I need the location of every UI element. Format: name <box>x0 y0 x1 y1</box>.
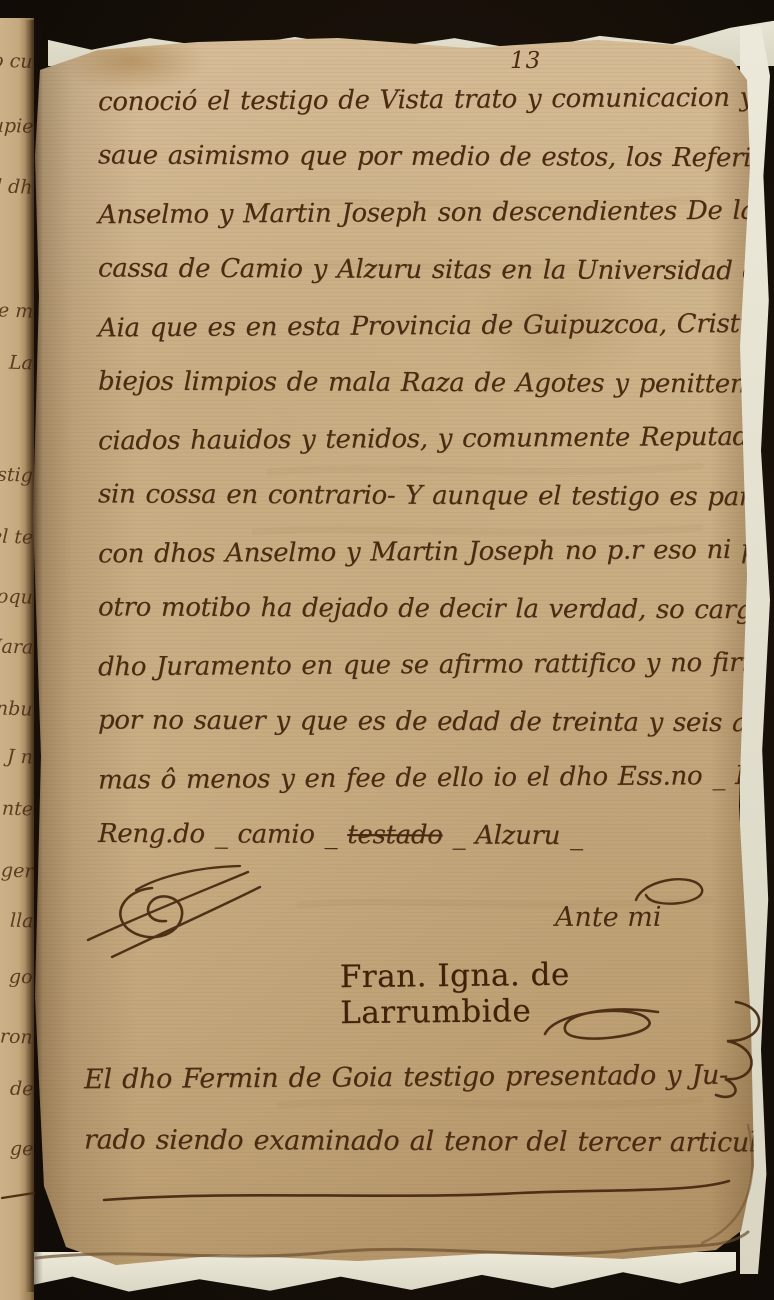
manuscript-line: Anselmo y Martin Joseph son descendiente… <box>98 196 756 231</box>
manuscript-line: cassa de Camio y Alzuru sitas en la Univ… <box>98 254 774 287</box>
manuscript-line: sin cossa en contrario- Y aunque el test… <box>98 479 774 512</box>
attestation-ante-mi: Ante mi <box>555 902 662 933</box>
manuscript-line: dho Juramento en que se afirmo rattifico… <box>98 648 774 683</box>
manuscript-line: Aia que es en esta Provincia de Guipuzco… <box>98 309 774 344</box>
closing-line: El dho Fermin de Goia testigo presentado… <box>84 1060 728 1095</box>
amendment-note-line: Reng.do _ camio _ testado _ Alzuru _ <box>98 819 583 851</box>
closing-line: rado siendo examinado al tenor del terce… <box>84 1124 773 1158</box>
folio-number: 13 <box>510 48 541 74</box>
manuscript-photo: ho cusupiel dhe mLaestigel teoquJaranbuJ… <box>0 0 774 1300</box>
amendment-text: _ Alzuru _ <box>443 820 583 851</box>
manuscript-line: saue asimismo que por medio de estos, lo… <box>98 140 774 173</box>
struck-word: testado <box>347 820 442 850</box>
paper-stain <box>56 30 206 92</box>
manuscript-line: mas ô menos y en fee de ello io el dho E… <box>98 760 774 795</box>
manuscript-line: biejos limpios de mala Raza de Agotes y … <box>98 367 755 400</box>
manuscript-line: por no sauer y que es de edad de treinta… <box>98 705 774 738</box>
manuscript-line: otro motibo ha dejado de decir la verdad… <box>98 592 774 625</box>
notary-signature: Fran. Igna. de Larrumbide <box>340 955 755 1031</box>
manuscript-line: conoció el testigo de Vista trato y comu… <box>98 83 754 118</box>
binding-gutter <box>25 20 43 1292</box>
manuscript-line: con dhos Anselmo y Martin Joseph no p.r … <box>98 535 774 570</box>
manuscript-line: ciados hauidos y tenidos, y comunmente R… <box>98 422 774 457</box>
amendment-text: Reng.do _ camio _ <box>98 819 347 850</box>
manuscript-page: 13 conoció el testigo de Vista trato y c… <box>28 36 754 1268</box>
